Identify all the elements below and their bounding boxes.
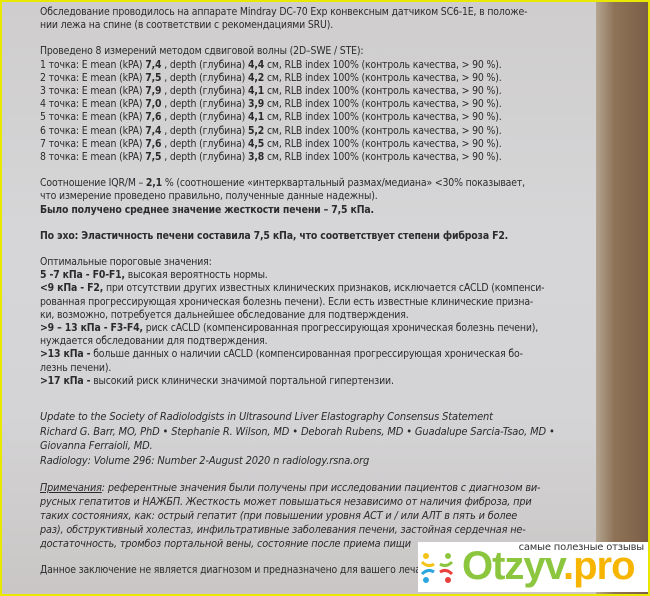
- threshold-item: >17 кПа - высокий риск клинически значим…: [40, 375, 600, 388]
- reference-block: Update to the Society of Radiolodgists i…: [40, 410, 600, 468]
- threshold-item: <9 кПа - F2, при отсутствии других извес…: [40, 282, 600, 295]
- measurement-row: 5 точка: E mean (kPA) 7,6 , depth (глуби…: [40, 111, 600, 124]
- measurement-row: 8 точка: E mean (kPA) 7,5 , depth (глуби…: [40, 151, 600, 164]
- threshold-item-cont: ки, возможно, потребуется дальнейшее обс…: [40, 309, 600, 322]
- measurement-row: 7 точка: E mean (kPA) 7,6 , depth (глуби…: [40, 138, 600, 151]
- watermark-brand: Otzyv.pro: [462, 544, 635, 589]
- notes-label: Примечания: [40, 481, 102, 494]
- mean-stiffness-result: Было получено среднее значение жесткости…: [40, 204, 600, 217]
- reference-title: Update to the Society of Radiolodgists i…: [40, 410, 600, 425]
- intro-line-1: Обследование проводилось на аппарате Min…: [40, 6, 600, 19]
- measurements-list: 1 точка: E mean (kPA) 7,4 , depth (глуби…: [40, 59, 600, 165]
- photo-frame: Обследование проводилось на аппарате Min…: [2, 2, 648, 594]
- iqr-line-2: что измерение проведено правильно, получ…: [40, 190, 600, 203]
- threshold-item-cont: рованная прогрессирующая хроническая бол…: [40, 296, 600, 309]
- measurement-row: 6 точка: E mean (kPA) 7,4 , depth (глуби…: [40, 125, 600, 138]
- reference-authors-cont: Giovanna Ferraioli, MD.: [40, 439, 600, 454]
- threshold-item: >9 – 13 кПа - F3-F4, риск cACLD (компенс…: [40, 322, 600, 335]
- thresholds-header: Оптимальные пороговые значения:: [40, 256, 600, 269]
- otzyv-watermark: самые полезные отзывы Otzyv.pro: [418, 542, 648, 592]
- document-text: Обследование проводилось на аппарате Min…: [40, 6, 600, 577]
- threshold-item: 5 -7 кПа - F0-F1, высокая вероятность но…: [40, 269, 600, 282]
- measurement-row: 1 точка: E mean (kPA) 7,4 , depth (глуби…: [40, 59, 600, 72]
- otzyv-logo-icon: [420, 550, 454, 586]
- reference-journal: Radiology: Volume 296: Number 2-August 2…: [40, 454, 600, 469]
- paper-edge-shadow: [596, 2, 648, 594]
- measurement-row: 3 точка: E mean (kPA) 7,9 , depth (глуби…: [40, 85, 600, 98]
- measurement-row: 2 точка: E mean (kPA) 7,5 , depth (глуби…: [40, 72, 600, 85]
- measurements-header: Проведено 8 измерений методом сдвиговой …: [40, 45, 600, 58]
- reference-authors: Richard G. Barr, MO, PhD • Stephanie R. …: [40, 425, 600, 440]
- iqr-line-1: Соотношение IQR/M – 2,1 % (соотношение «…: [40, 177, 600, 190]
- notes-block: Примечания: референтные значения были по…: [40, 481, 600, 551]
- echo-conclusion: По эхо: Эластичность печени составила 7,…: [40, 230, 600, 243]
- threshold-item: >13 кПа - больше данных о наличии cACLD …: [40, 348, 600, 361]
- threshold-item-cont: нуждается обследовании для подтверждения…: [40, 335, 600, 348]
- measurement-row: 4 точка: E mean (kPA) 7,0 , depth (глуби…: [40, 98, 600, 111]
- threshold-item-cont: лезнь печени).: [40, 362, 600, 375]
- intro-line-2: нии лежа на спине (в соответствии с реко…: [40, 19, 600, 32]
- thresholds-list: 5 -7 кПа - F0-F1, высокая вероятность но…: [40, 269, 600, 388]
